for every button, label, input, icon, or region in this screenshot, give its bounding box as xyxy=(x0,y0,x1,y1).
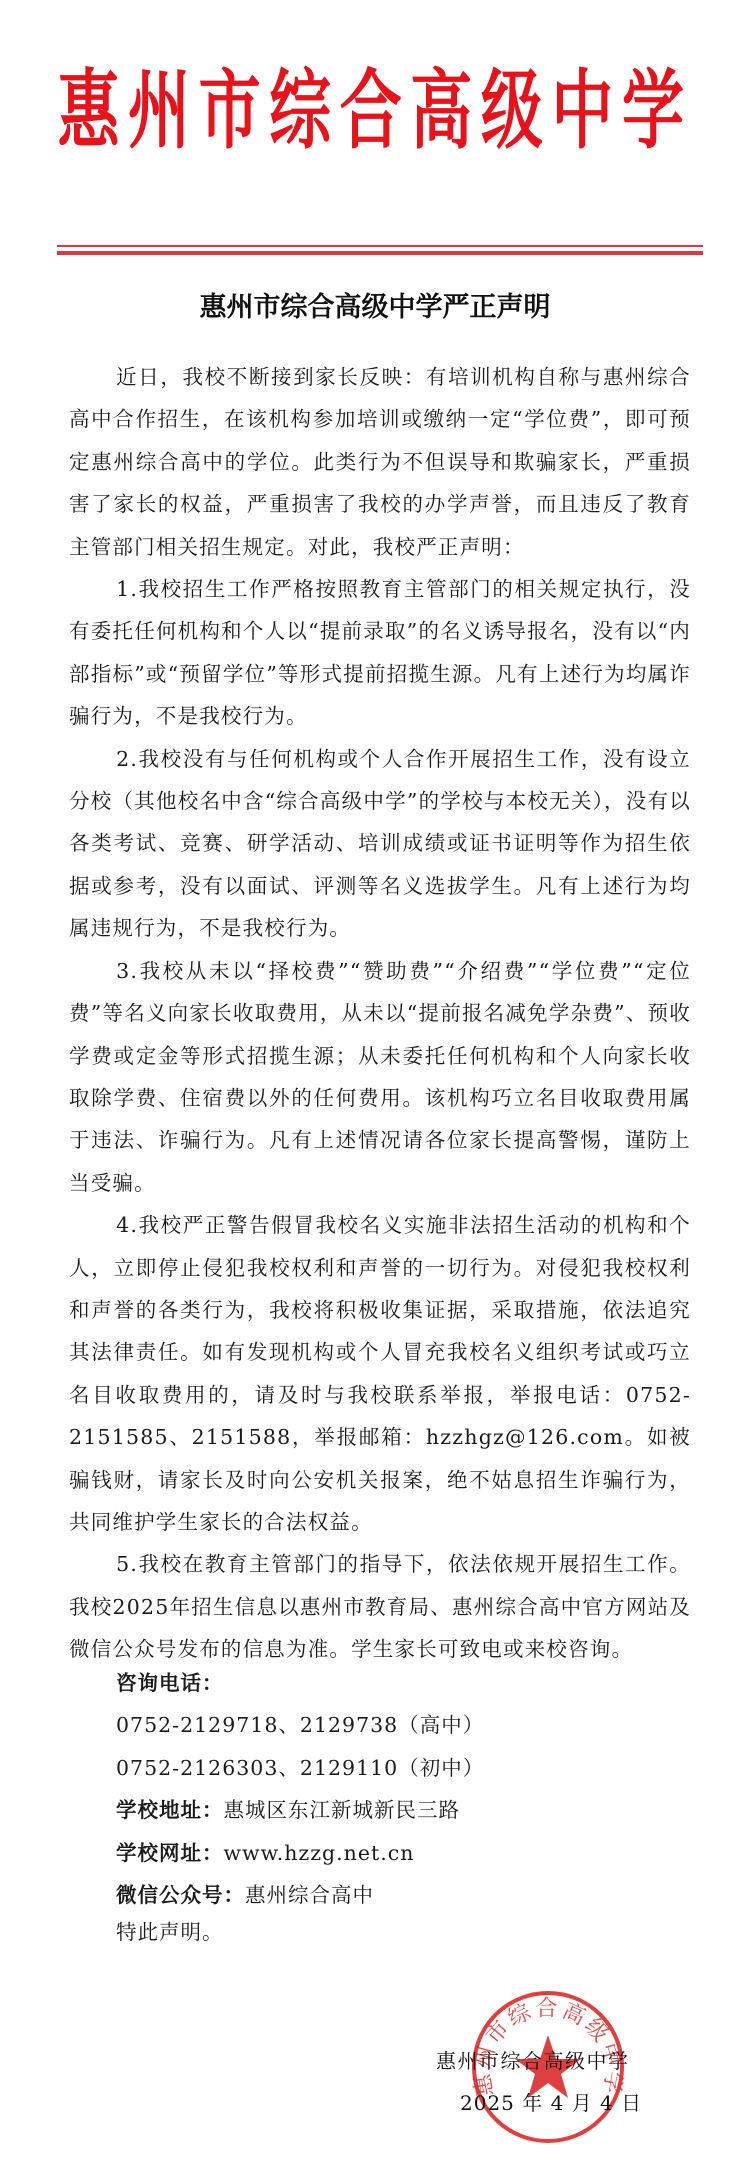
phone-label: 咨询电话： xyxy=(116,1671,224,1695)
signature-organization: 惠州市综合高级中学 xyxy=(436,2040,630,2082)
address-label: 学校地址： xyxy=(116,1798,224,1822)
phone-high-school: 0752-2129718、2129738（高中） xyxy=(116,1704,484,1746)
document-title: 惠州市综合高级中学严正声明 xyxy=(0,288,750,328)
letterhead-rule-thick xyxy=(57,251,703,255)
address-value: 惠城区东江新城新民三路 xyxy=(224,1798,461,1822)
paragraph-3: 3.我校从未以“择校费”“赞助费”“介绍费”“学位费”“定位费”等名义向家长收取… xyxy=(69,950,691,1204)
phone-junior-school: 0752-2126303、2129110（初中） xyxy=(116,1747,484,1789)
paragraph-5: 5.我校在教育主管部门的指导下，依法依规开展招生工作。我校2025年招生信息以惠… xyxy=(69,1543,691,1670)
phone-label-row: 咨询电话： xyxy=(116,1662,484,1704)
letterhead-title: 惠州市综合高级中学 xyxy=(57,68,692,154)
letterhead-rule-thin xyxy=(57,245,703,247)
paragraph-2: 2.我校没有与任何机构或个人合作开展招生工作，没有设立分校（其他校名中含“综合高… xyxy=(69,738,691,950)
signature-date: 2025 年 4 月 4 日 xyxy=(460,2082,642,2124)
paragraph-1: 1.我校招生工作严格按照教育主管部门的相关规定执行，没有委托任何机构和个人以“提… xyxy=(69,568,691,738)
letterhead: 惠州市综合高级中学 xyxy=(0,56,750,166)
paragraph-4: 4.我校严正警告假冒我校名义实施非法招生活动的机构和个人，立即停止侵犯我校权利和… xyxy=(69,1204,691,1543)
contact-info: 咨询电话： 0752-2129718、2129738（高中） 0752-2126… xyxy=(116,1662,484,1916)
wechat-label: 微信公众号： xyxy=(116,1883,245,1907)
website-row: 学校网址：www.hzzg.net.cn xyxy=(116,1832,484,1874)
closing-statement: 特此声明。 xyxy=(116,1911,224,1953)
paragraph-intro: 近日，我校不断接到家长反映：有培训机构自称与惠州综合高中合作招生，在该机构参加培… xyxy=(69,356,691,568)
address-row: 学校地址：惠城区东江新城新民三路 xyxy=(116,1789,484,1831)
wechat-value: 惠州综合高中 xyxy=(245,1883,374,1907)
website-value: www.hzzg.net.cn xyxy=(224,1841,415,1865)
website-label: 学校网址： xyxy=(116,1841,224,1865)
document-body: 近日，我校不断接到家长反映：有培训机构自称与惠州综合高中合作招生，在该机构参加培… xyxy=(69,356,691,1671)
